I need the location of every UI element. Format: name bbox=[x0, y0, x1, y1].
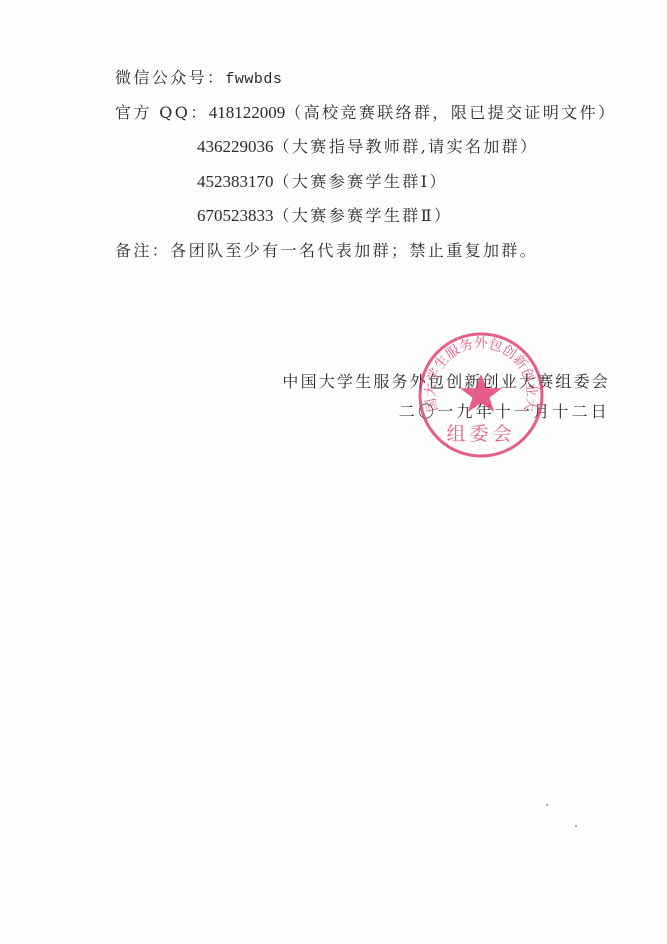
wechat-account: fwwbds bbox=[225, 71, 282, 88]
scan-speck bbox=[546, 804, 548, 806]
document-page: 微信公众号：fwwbds 官方 QQ：418122009（高校竞赛联络群，限已提… bbox=[0, 0, 667, 944]
note-line: 备注：各团队至少有一名代表加群；禁止重复加群。 bbox=[115, 241, 538, 261]
qq-number: 418122009 bbox=[209, 103, 286, 122]
scan-speck bbox=[575, 825, 577, 827]
qq-description: （高校竞赛联络群，限已提交证明文件） bbox=[285, 103, 616, 122]
qq-group-line: 452383170（大赛参赛学生群Ⅰ） bbox=[197, 172, 448, 192]
qq-group-line: 436229036（大赛指导教师群,请实名加群） bbox=[197, 137, 539, 157]
qq-number: 452383170 bbox=[197, 172, 274, 191]
signature-date: 二〇一九年十一月十二日 bbox=[399, 402, 610, 422]
wechat-line: 微信公众号：fwwbds bbox=[115, 68, 282, 90]
qq-description: （大赛指导教师群,请实名加群） bbox=[274, 137, 539, 156]
qq-group-line: 670523833（大赛参赛学生群Ⅱ） bbox=[197, 206, 452, 226]
seal-center-text: 组委会 bbox=[446, 423, 515, 445]
signature-organization: 中国大学生服务外包创新创业大赛组委会 bbox=[282, 372, 610, 392]
qq-number: 436229036 bbox=[197, 137, 274, 156]
qq-label: 官方 QQ： bbox=[115, 103, 209, 122]
official-seal-stamp: 中国大学生服务外包创新创业大赛 组委会 bbox=[416, 330, 546, 460]
wechat-label: 微信公众号： bbox=[115, 68, 225, 87]
qq-number: 670523833 bbox=[197, 206, 274, 225]
qq-description: （大赛参赛学生群Ⅰ） bbox=[274, 172, 448, 191]
qq-group-line: 官方 QQ：418122009（高校竞赛联络群，限已提交证明文件） bbox=[115, 103, 616, 123]
qq-description: （大赛参赛学生群Ⅱ） bbox=[274, 206, 453, 225]
